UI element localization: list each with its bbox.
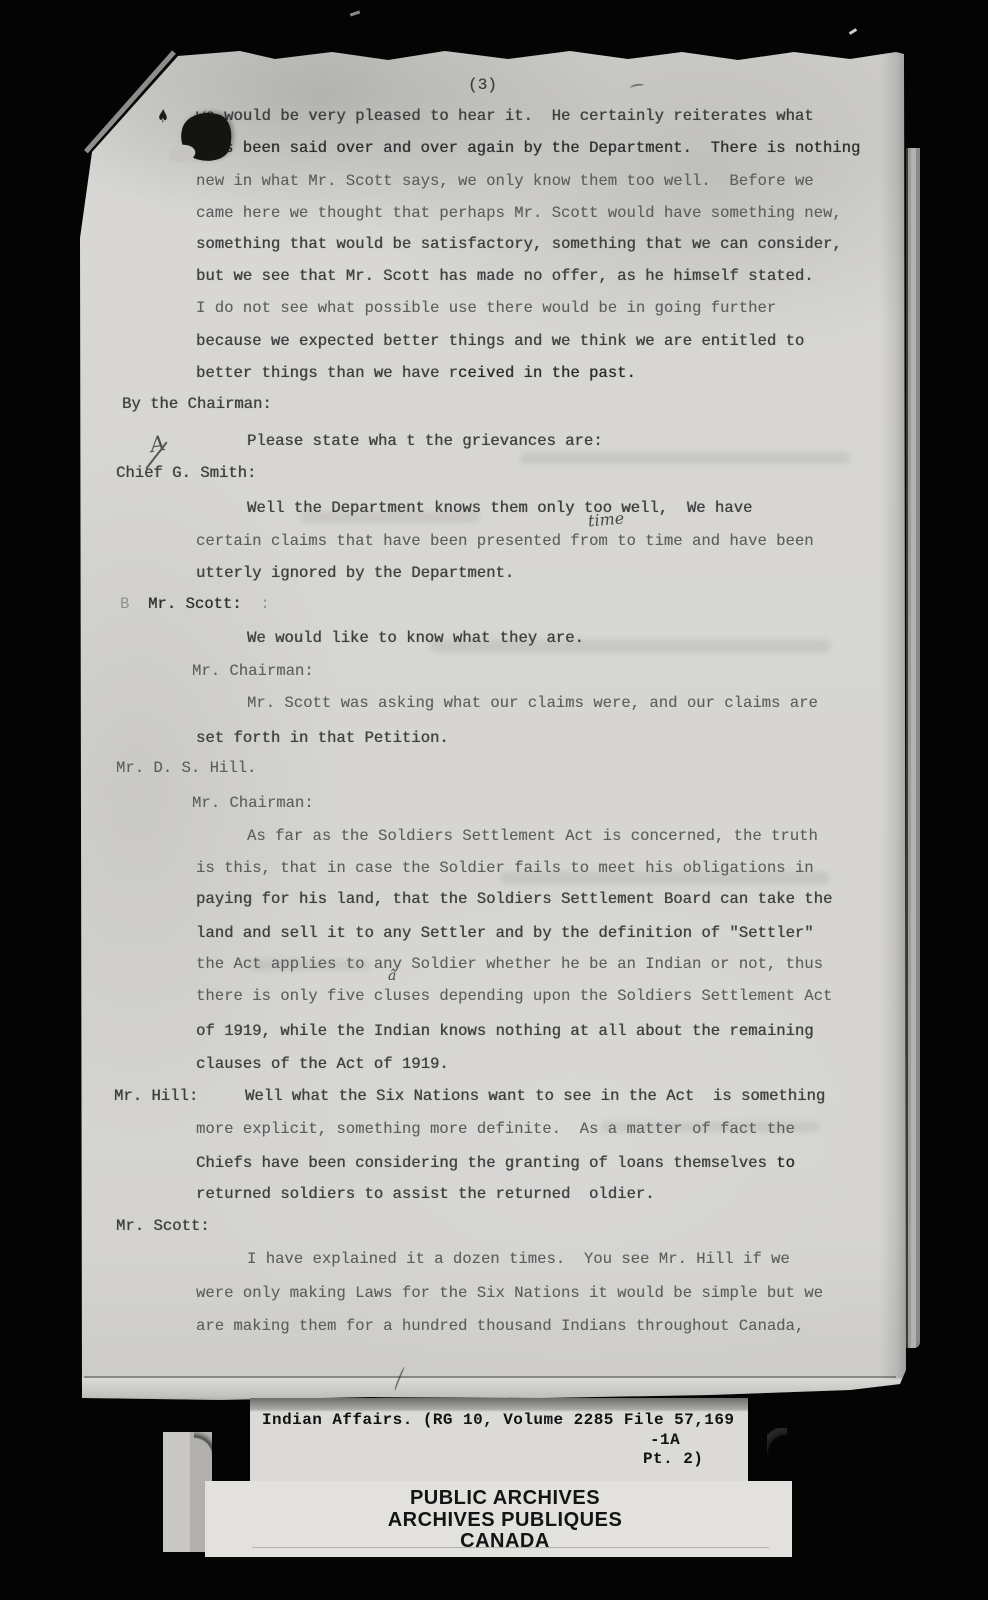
typed-line: Mr. Chairman:: [192, 663, 314, 680]
typed-line: Chief G. Smith:: [116, 465, 256, 482]
typed-line: the Act applies to any Soldier whether h…: [196, 956, 823, 973]
typed-line: By the Chairman:: [122, 396, 272, 413]
typed-line: more explicit, something more definite. …: [196, 1121, 795, 1138]
stamp-line3: CANADA: [355, 1531, 655, 1553]
typed-line: because we expected better things and we…: [196, 333, 804, 350]
typed-line: Please state wha t the grievances are:: [247, 433, 603, 450]
typed-line: better things than we have rceived in th…: [196, 365, 636, 382]
typed-line: We would like to know what they are.: [247, 630, 584, 647]
scanner-canvas: (3) we would be very pleased to hear it.…: [0, 0, 988, 1600]
typed-line: B Mr. Scott: :: [120, 596, 270, 613]
typed-line: Mr. Chairman:: [192, 795, 314, 812]
typed-line: is this, that in case the Soldier fails …: [196, 860, 814, 877]
typed-line: paying for his land, that the Soldiers S…: [196, 891, 832, 908]
typed-line: land and sell it to any Settler and by t…: [196, 925, 814, 942]
typed-line: Mr. Hill: Well what the Six Nations want…: [114, 1088, 825, 1105]
margin-mark: ♠: [157, 106, 169, 128]
typed-line: As far as the Soldiers Settlement Act is…: [247, 828, 818, 845]
typed-line: I do not see what possible use there wou…: [196, 300, 776, 317]
typed-line: are making them for a hundred thousand I…: [196, 1318, 804, 1335]
typed-line: Well the Department knows them only too …: [247, 500, 752, 517]
typed-line: s been said over and over again by the D…: [224, 140, 860, 157]
typed-line: of 1919, while the Indian knows nothing …: [196, 1023, 814, 1040]
typed-line: returned soldiers to assist the returned…: [196, 1186, 655, 1203]
typed-line: came here we thought that perhaps Mr. Sc…: [196, 205, 842, 222]
typed-line: clauses of the Act of 1919.: [196, 1056, 449, 1073]
typed-line: Chiefs have been considering the grantin…: [196, 1155, 795, 1172]
typed-line: certain claims that have been presented …: [196, 533, 814, 550]
stamp-line1: PUBLIC ARCHIVES: [355, 1488, 655, 1510]
typed-line: something that would be satisfactory, so…: [196, 236, 842, 253]
typed-lines: we would be very pleased to hear it. He …: [0, 0, 988, 1600]
typed-line: set forth in that Petition.: [196, 730, 449, 747]
handwritten-insert-letter: â: [388, 968, 396, 984]
typed-line: there is only five cluses depending upon…: [196, 988, 832, 1005]
typed-line: new in what Mr. Scott says, we only know…: [196, 173, 814, 190]
typed-line: Mr. Scott was asking what our claims wer…: [247, 695, 818, 712]
typed-line: I have explained it a dozen times. You s…: [247, 1251, 790, 1268]
typed-line: were only making Laws for the Six Nation…: [196, 1285, 823, 1302]
typed-line: we would be very pleased to hear it. He …: [196, 108, 814, 125]
public-archives-stamp: PUBLIC ARCHIVES ARCHIVES PUBLIQUES CANAD…: [355, 1488, 655, 1553]
handwritten-insert-time: time: [587, 508, 625, 530]
typed-line: Mr. D. S. Hill.: [116, 760, 256, 777]
typed-line: utterly ignored by the Department.: [196, 565, 514, 582]
typed-line: Mr. Scott:: [116, 1218, 210, 1235]
typed-line: but we see that Mr. Scott has made no of…: [196, 268, 814, 285]
stamp-line2: ARCHIVES PUBLIQUES: [355, 1510, 655, 1532]
